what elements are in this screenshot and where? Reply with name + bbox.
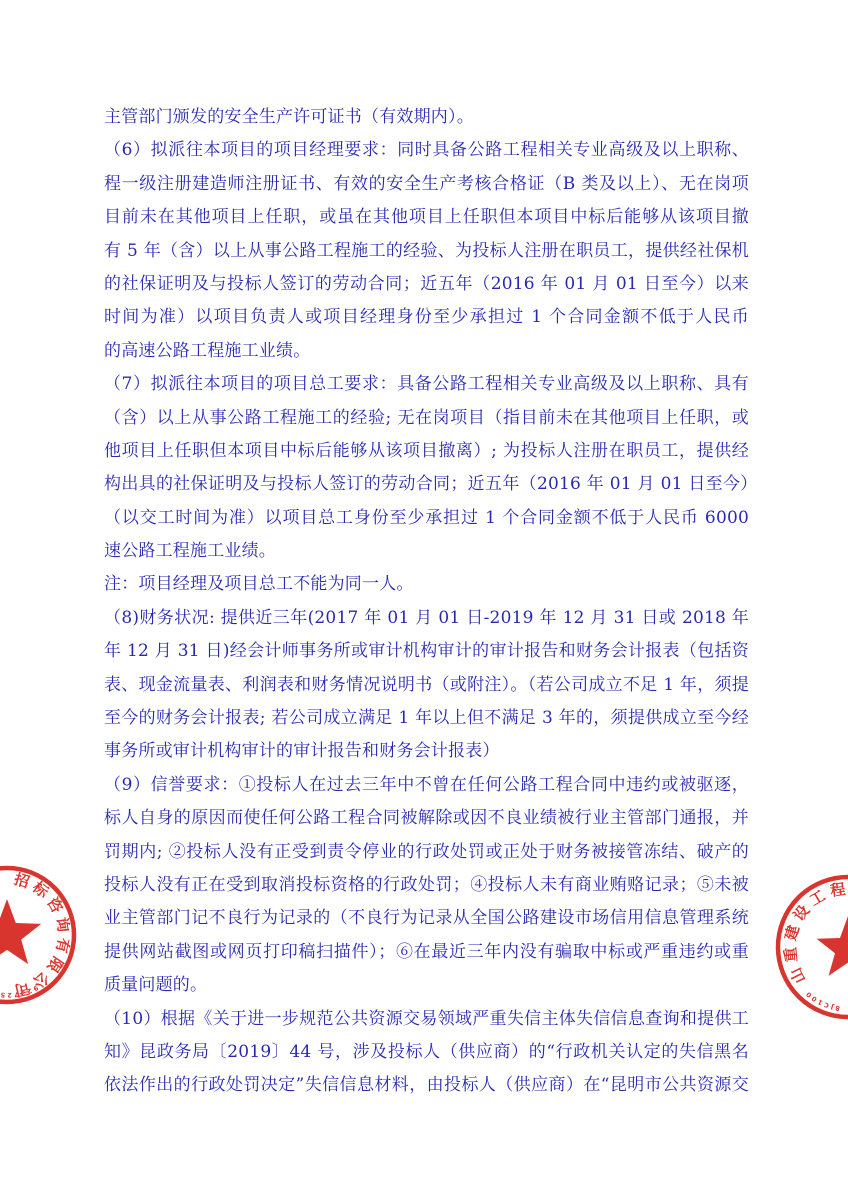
text-line: 的高速公路工程施工业绩。 <box>104 335 749 368</box>
text-line: 程一级注册建造师注册证书、有效的安全生产考核合格证（B 类及以上）、无在岗项目（… <box>104 168 749 201</box>
text-line: 业主管部门记不良行为记录的（不良行为记录从全国公路建设市场信用信息管理系统查询， <box>104 902 749 935</box>
seal-ring <box>778 877 848 1017</box>
text-line: （8)财务状况: 提供近三年(2017 年 01 月 01 日-2019 年 1… <box>104 602 749 635</box>
text-line: 他项目上任职但本项目中标后能够从该项目撤离）; 为投标人注册在职员工，提供经社保… <box>104 435 749 468</box>
seal-serial-number: 9237254 <box>0 983 40 999</box>
text-line: （7）拟派往本项目的项目总工要求：具备公路工程相关专业高级及以上职称、具有 5 … <box>104 368 749 401</box>
text-line: 主管部门颁发的安全生产许可证书（有效期内）。 <box>104 101 749 134</box>
text-line: 时间为准）以项目负责人或项目经理身份至少承担过 1 个合同金额不低于人民币 60… <box>104 301 749 334</box>
text-line: 注：项目经理及项目总工不能为同一人。 <box>104 568 749 601</box>
text-line: 质量问题的。 <box>104 969 749 1002</box>
text-line: 年 12 月 31 日)经会计师事务所或审计机构审计的审计报告和财务会计报表（包… <box>104 635 749 668</box>
text-line: 速公路工程施工业绩。 <box>104 535 749 568</box>
text-line: 事务所或审计机构审计的审计报告和财务会计报表） <box>104 735 749 768</box>
text-line: （10）根据《关于进一步规范公共资源交易领域严重失信主体失信信息查询和提供工作的… <box>104 1003 749 1036</box>
text-line: （以交工时间为准）以项目总工身份至少承担过 1 个合同金额不低于人民币 6000… <box>104 502 749 535</box>
text-line: 目前未在其他项目上任职，或虽在其他项目上任职但本项目中标后能够从该项目撤离）、具 <box>104 201 749 234</box>
text-line: 表、现金流量表、利润表和财务情况说明书（或附注）。（若公司成立不足 1 年，须提… <box>104 669 749 702</box>
seal-star-icon <box>0 899 41 964</box>
text-line: （含）以上从事公路工程施工的经验; 无在岗项目（指目前未在其他项目上任职，或虽在… <box>104 402 749 435</box>
red-seal-right: 山重建设工程 8JC100 <box>763 862 848 1032</box>
text-line: 依法作出的行政处罚决定”失信信息材料，由投标人（供应商）在“昆明市公共资源交易平 <box>104 1069 749 1102</box>
red-seal-left: 招标咨询有限公司 9237254 <box>0 855 87 1015</box>
text-line: 投标人没有正在受到取消投标资格的行政处罚；④投标人未有商业贿赂记录；⑤未被公路行 <box>104 869 749 902</box>
text-line: 罚期内; ②投标人没有正受到责令停业的行政处罚或正处于财务被接管冻结、破产的状态… <box>104 836 749 869</box>
text-line: 标人自身的原因而使任何公路工程合同被解除或因不良业绩被行业主管部门通报，并处于处 <box>104 802 749 835</box>
seal-ring-text: 招标咨询有限公司 <box>9 870 73 1001</box>
document-text-block: 主管部门颁发的安全生产许可证书（有效期内）。 （6）拟派往本项目的项目经理要求：… <box>104 101 749 1103</box>
text-line: （9）信誉要求：①投标人在过去三年中不曾在任何公路工程合同中违约或被驱逐，或因投 <box>104 769 749 802</box>
text-line: 有 5 年（含）以上从事公路工程施工的经验、为投标人注册在职员工，提供经社保机构… <box>104 235 749 268</box>
seal-ring <box>0 868 74 1002</box>
text-line: 构出具的社保证明及与投标人签订的劳动合同；近五年（2016 年 01 月 01 … <box>104 468 749 501</box>
seal-ring-text: 山重建设工程 <box>781 879 848 986</box>
text-line: 至今的财务会计报表; 若公司成立满足 1 年以上但不满足 3 年的，须提供成立至… <box>104 702 749 735</box>
text-line: 的社保证明及与投标人签订的劳动合同；近五年（2016 年 01 月 01 日至今… <box>104 268 749 301</box>
text-line: 提供网站截图或网页打印稿扫描件）；⑥在最近三年内没有骗取中标或严重违约或重大工程 <box>104 936 749 969</box>
document-page: 主管部门颁发的安全生产许可证书（有效期内）。 （6）拟派往本项目的项目经理要求：… <box>0 0 848 1200</box>
seal-star-icon <box>817 916 848 976</box>
seal-serial-number: 8JC100 <box>803 989 841 1013</box>
text-line: 知》昆政务局〔2019〕44 号，涉及投标人（供应商）的“行政机关认定的失信黑名… <box>104 1036 749 1069</box>
text-line: （6）拟派往本项目的项目经理要求：同时具备公路工程相关专业高级及以上职称、公路工 <box>104 134 749 167</box>
